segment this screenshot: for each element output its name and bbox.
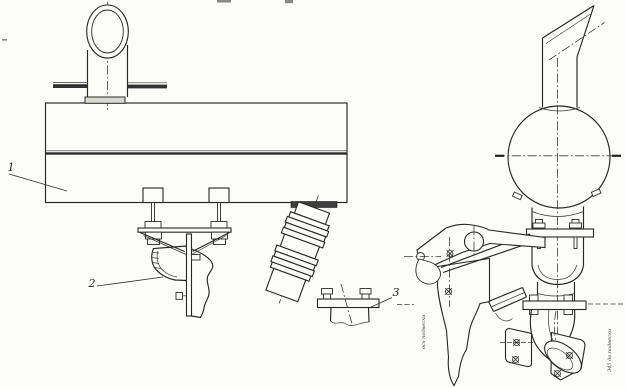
flange-bolt [564, 295, 573, 301]
engineering-drawing-canvas: 1 2 3 [0, 0, 626, 388]
hanger-gusset [438, 259, 490, 386]
hanger-bolt-stem [218, 203, 221, 223]
shell-foot-tab [513, 192, 523, 200]
stub-pipe-edge [331, 308, 332, 322]
hanger-strap [187, 234, 192, 316]
flange-bolt [530, 295, 539, 301]
stub-torn-edge [331, 321, 370, 326]
flex-pipe [258, 188, 379, 326]
mounting-strap-left [53, 84, 88, 88]
flex-bottom-flange [318, 299, 380, 308]
callout-1-label: 1 [8, 161, 15, 174]
drawing-sheet: 1 2 3 [0, 0, 626, 388]
clamp-plate [527, 229, 594, 237]
outlet-clamp-assembly [523, 207, 594, 315]
end-view: 345 до подвески ось подвески [397, 6, 623, 386]
chamfer-bar-edge [494, 297, 527, 312]
inlet-pipe-opening-inner [92, 10, 124, 53]
chamfer-bar [489, 288, 527, 321]
side-view: 1 2 3 [8, 2, 400, 326]
flange-bolt [360, 289, 371, 295]
paper-speck [217, 0, 231, 3]
outlet-flange [523, 301, 586, 310]
stack-bevel-front-edge [543, 6, 595, 39]
v-brace-left-inner [144, 236, 187, 255]
exhaust-stack [539, 6, 605, 112]
axis-note-left: ось подвески [421, 315, 427, 349]
suspension-bracket [138, 188, 231, 318]
hanger-bolt-stem [152, 203, 155, 223]
anchor-tab [143, 188, 163, 203]
hanger-nut-upper [145, 222, 161, 229]
paper-speck [285, 0, 293, 3]
callout-2-leader [97, 277, 163, 286]
inlet-pipe [53, 2, 167, 112]
flange-bolt [322, 289, 333, 295]
flange-nut [564, 310, 573, 315]
weld-tick [153, 258, 159, 259]
hanger-nut-upper [211, 222, 227, 229]
bracket-crossplate [138, 228, 231, 232]
flange-bolt [324, 294, 331, 299]
strap-bolt [176, 293, 183, 300]
chamfer-hook-curve [496, 313, 513, 321]
chamfer-bar-cap [523, 288, 527, 298]
mounting-strap-right [128, 85, 168, 89]
stack-bevel-inner-line [546, 14, 591, 44]
body-seam-band [46, 152, 348, 154]
flex-bottom-flange-assembly [318, 284, 380, 326]
chamfer-bar-edge [489, 288, 523, 302]
inlet-base-flange [85, 97, 125, 103]
callout-2-label: 2 [88, 277, 96, 290]
clamp-nut [570, 223, 582, 228]
flange-bolt [362, 294, 369, 299]
strap-tab [192, 255, 201, 261]
paper-speck [2, 39, 7, 41]
anchor-tab [209, 188, 229, 203]
callout-3-label: 3 [393, 286, 400, 299]
stub-pipe-edge [369, 308, 370, 323]
v-brace-left [140, 233, 185, 252]
clamp-bolt-stem [574, 237, 577, 249]
dimension-note-right: 345 до подвески [607, 329, 613, 372]
weld-tick [153, 253, 159, 254]
clamp-nut [533, 223, 545, 228]
shell-foot-tab [591, 189, 601, 197]
callout-1-leader [9, 174, 67, 191]
